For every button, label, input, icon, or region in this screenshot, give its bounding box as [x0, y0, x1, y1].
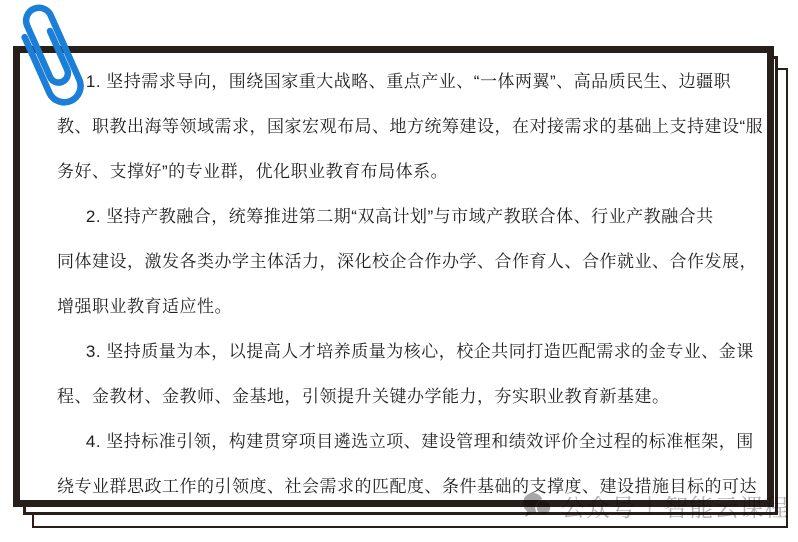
text-line: 3. 坚持质量为本，以提高人才培养质量为核心，校企共同打造匹配需求的金专业、金课: [57, 329, 759, 374]
text-line: 务好、支撑好”的专业群，优化职业教育布局体系。: [57, 149, 759, 194]
text-line: 绕专业群思政工作的引领度、社会需求的匹配度、条件基础的支撑度、建设措施目标的可达: [57, 464, 759, 507]
text-line: 1. 坚持需求导向，围绕国家重大战略、重点产业、“一体两翼”、高品质民生、边疆职: [57, 59, 759, 104]
document-text-block: 1. 坚持需求导向，围绕国家重大战略、重点产业、“一体两翼”、高品质民生、边疆职…: [20, 53, 767, 507]
text-line: 教、职教出海等领域需求，国家宏观布局、地方统筹建设，在对接需求的基础上支持建设“…: [57, 104, 759, 149]
text-line: 4. 坚持标准引领，构建贯穿项目遴选立项、建设管理和绩效评价全过程的标准框架，围: [57, 419, 759, 464]
text-line: 增强职业教育适应性。: [57, 284, 759, 329]
document-card: 1. 坚持需求导向，围绕国家重大战略、重点产业、“一体两翼”、高品质民生、边疆职…: [13, 46, 774, 507]
text-line: 同体建设，激发各类办学主体活力，深化校企合作办学、合作育人、合作就业、合作发展，: [57, 239, 759, 284]
text-line: 2. 坚持产教融合，统筹推进第二期“双高计划”与市域产教联合体、行业产教融合共: [57, 194, 759, 239]
text-line: 程、金教材、金教师、金基地，引领提升关键办学能力，夯实职业教育新基建。: [57, 374, 759, 419]
screenshot-canvas: 1. 坚持需求导向，围绕国家重大战略、重点产业、“一体两翼”、高品质民生、边疆职…: [0, 0, 798, 542]
